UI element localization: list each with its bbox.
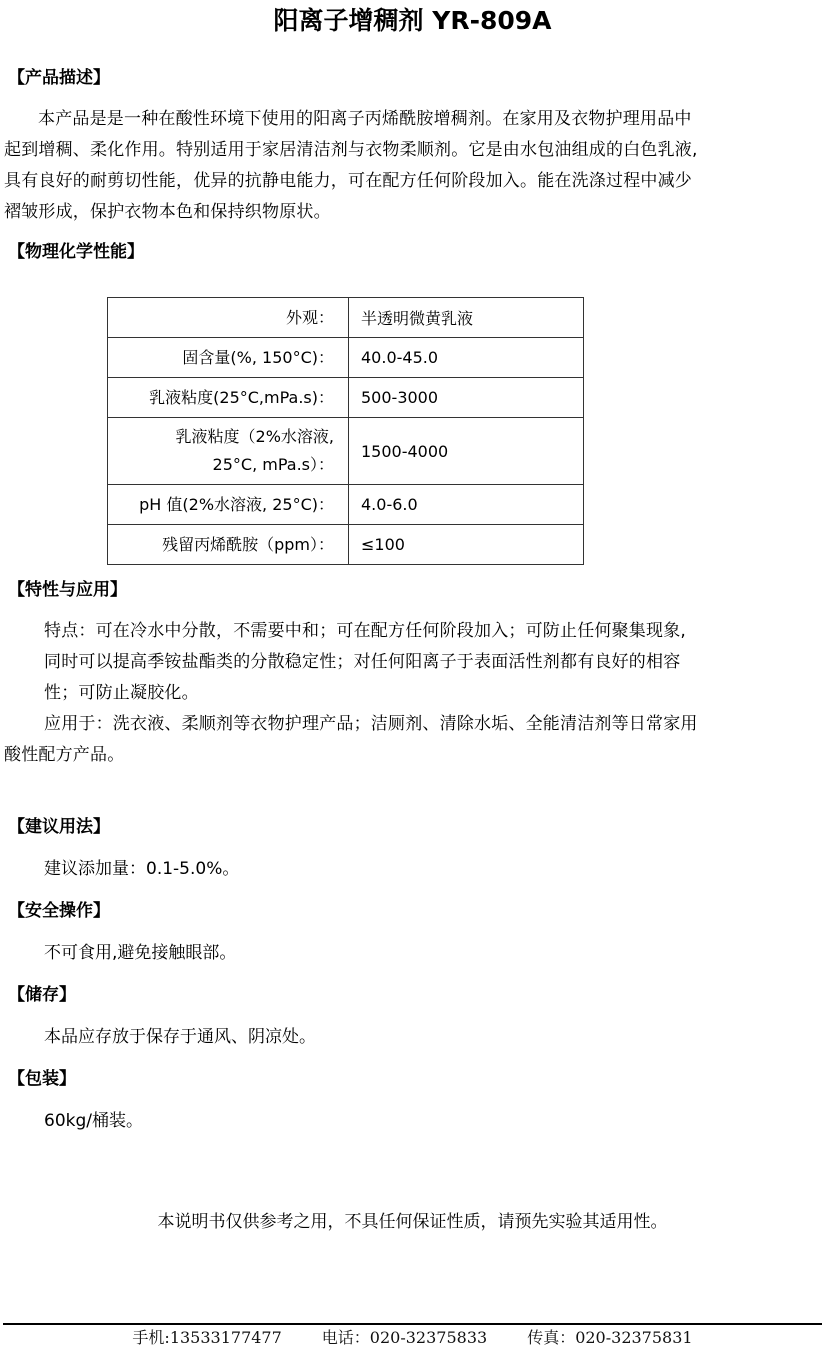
footer-divider: [3, 1323, 822, 1325]
features-line: 酸性配方产品。: [4, 740, 819, 771]
section-heading-description: 【产品描述】: [8, 66, 110, 90]
document-title: 阳离子增稠剂 YR-809A: [0, 4, 825, 38]
property-value: 4.0-6.0: [349, 485, 584, 525]
description-paragraph: 本产品是是一种在酸性环境下使用的阳离子丙烯酰胺增稠剂。在家用及衣物护理用品中 起…: [4, 104, 819, 228]
features-line: 应用于：洗衣液、柔顺剂等衣物护理产品；洁厕剂、清除水垢、全能清洁剂等日常家用: [4, 709, 819, 740]
property-key: 残留丙烯酰胺（ppm）：: [108, 525, 349, 565]
description-line: 本产品是是一种在酸性环境下使用的阳离子丙烯酰胺增稠剂。在家用及衣物护理用品中: [4, 104, 819, 135]
features-line: 特点：可在冷水中分散，不需要中和；可在配方任何阶段加入；可防止任何聚集现象,: [4, 616, 819, 647]
property-key-line: 25°C, mPa.s）：: [108, 451, 334, 479]
section-heading-usage: 【建议用法】: [8, 815, 110, 839]
features-line: 同时可以提高季铵盐酯类的分散稳定性；对任何阳离子于表面活性剂都有良好的相容: [4, 647, 819, 678]
section-heading-storage: 【储存】: [8, 983, 76, 1007]
features-paragraph: 特点：可在冷水中分散，不需要中和；可在配方任何阶段加入；可防止任何聚集现象, 同…: [4, 616, 819, 771]
property-key: pH 值(2%水溶液, 25°C)：: [108, 485, 349, 525]
usage-text: 建议添加量：0.1-5.0%。: [44, 857, 239, 881]
property-value: 40.0-45.0: [349, 338, 584, 378]
description-line: 起到增稠、柔化作用。特别适用于家居清洁剂与衣物柔顺剂。它是由水包油组成的白色乳液…: [4, 135, 819, 166]
description-line: 褶皱形成，保护衣物本色和保持织物原状。: [4, 197, 819, 228]
table-row: 残留丙烯酰胺（ppm）： ≤100: [108, 525, 584, 565]
contact-footer: 手机:13533177477 电话：020-32375833 传真：020-32…: [0, 1327, 825, 1349]
packaging-text: 60kg/桶装。: [44, 1109, 143, 1133]
property-key: 乳液粘度(25°C,mPa.s)：: [108, 378, 349, 418]
section-heading-packaging: 【包装】: [8, 1067, 76, 1091]
property-value: 半透明微黄乳液: [349, 298, 584, 338]
table-row: 乳液粘度（2%水溶液, 25°C, mPa.s）： 1500-4000: [108, 418, 584, 485]
property-key: 外观：: [108, 298, 349, 338]
features-line: 性；可防止凝胶化。: [4, 678, 819, 709]
property-value: 1500-4000: [349, 418, 584, 485]
table-row: 乳液粘度(25°C,mPa.s)： 500-3000: [108, 378, 584, 418]
section-heading-properties: 【物理化学性能】: [8, 240, 144, 264]
property-key: 固含量(%, 150°C)：: [108, 338, 349, 378]
property-value: 500-3000: [349, 378, 584, 418]
property-key-line: 乳液粘度（2%水溶液,: [108, 423, 334, 451]
phone-number: 电话：020-32375833: [322, 1327, 487, 1349]
property-key: 乳液粘度（2%水溶液, 25°C, mPa.s）：: [108, 418, 349, 485]
mobile-number: 手机:13533177477: [132, 1327, 281, 1349]
table-row: pH 值(2%水溶液, 25°C)： 4.0-6.0: [108, 485, 584, 525]
safety-text: 不可食用,避免接触眼部。: [44, 941, 236, 965]
storage-text: 本品应存放于保存于通风、阴凉处。: [44, 1025, 316, 1049]
disclaimer-text: 本说明书仅供参考之用，不具任何保证性质，请预先实验其适用性。: [0, 1210, 825, 1234]
properties-table: 外观： 半透明微黄乳液 固含量(%, 150°C)： 40.0-45.0 乳液粘…: [107, 297, 584, 565]
fax-number: 传真：020-32375831: [527, 1327, 692, 1349]
section-heading-safety: 【安全操作】: [8, 899, 110, 923]
table-row: 固含量(%, 150°C)： 40.0-45.0: [108, 338, 584, 378]
table-row: 外观： 半透明微黄乳液: [108, 298, 584, 338]
section-heading-features: 【特性与应用】: [8, 578, 127, 602]
description-line: 具有良好的耐剪切性能，优异的抗静电能力，可在配方任何阶段加入。能在洗涤过程中减少: [4, 166, 819, 197]
property-value: ≤100: [349, 525, 584, 565]
